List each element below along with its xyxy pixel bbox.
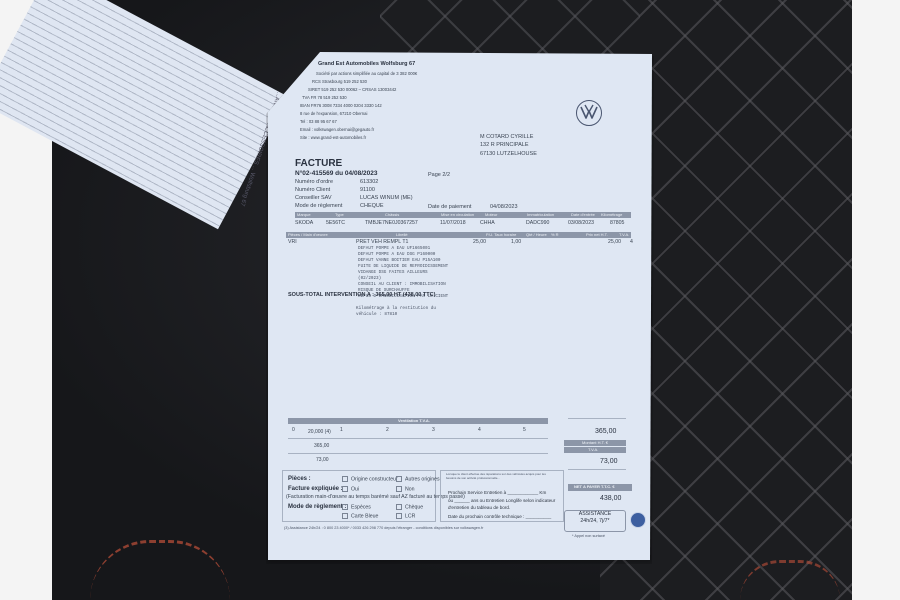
- mileage-note: véhicule : 87810: [356, 312, 397, 317]
- line-vat-code: 4: [630, 239, 633, 245]
- customer-name: M COTARD CYRILLE: [480, 134, 533, 140]
- net-label-bar: NET A PAYER T.T.C. €: [568, 484, 632, 491]
- checkbox[interactable]: [342, 504, 348, 510]
- lines-header: Pièces / Main d'œuvre: [288, 232, 328, 237]
- note-line: DEFAUT POMPE A EAU UF1665001: [358, 246, 430, 251]
- vehicle-header: Châssis: [385, 212, 399, 217]
- facture-option[interactable]: Non: [396, 486, 415, 492]
- vat-amount: 73,00: [316, 457, 329, 463]
- company-line: Tel : 03 88 95 67 67: [300, 119, 337, 124]
- note-line: DEFAUT VANNE BOITIER EAU P15A100: [358, 258, 441, 263]
- company-line: TVA FR 78 519 252 530: [302, 95, 347, 100]
- line-net: 25,00: [608, 239, 621, 245]
- service-line: d'entretien du tableau de bord.: [448, 505, 510, 510]
- vat-col: 5: [523, 427, 526, 433]
- mode-option[interactable]: Espèces: [342, 504, 371, 510]
- vehicle-header: Type: [335, 212, 344, 217]
- total-ht-label: Montant H.T. €: [582, 440, 608, 445]
- service-line: Prochain Service Entretien à ___________…: [448, 490, 546, 495]
- meta-value: 91100: [360, 187, 375, 193]
- facture-option[interactable]: Oui: [342, 486, 359, 492]
- divider: [288, 453, 548, 454]
- net-label: NET A PAYER T.T.C. €: [574, 484, 615, 489]
- meta-value: CHEQUE: [360, 203, 384, 209]
- checkbox[interactable]: [342, 513, 348, 519]
- vat-col: 4: [478, 427, 481, 433]
- vat-header: Ventilation T.V.A.: [288, 418, 548, 424]
- checkbox[interactable]: [396, 513, 402, 519]
- company-line: Email : volkswagen.obernai@gegauto.fr: [300, 127, 374, 132]
- mode-label: Mode de règlement :: [288, 504, 346, 510]
- mode-option[interactable]: LCR: [396, 513, 415, 519]
- vehicle-registration-date: 11/07/2018: [440, 220, 466, 226]
- divider: [288, 438, 548, 439]
- meta-value: 613302: [360, 179, 378, 185]
- facture-label: Facture expliquée :: [288, 486, 343, 492]
- note-line: CONSEIL AU CLIENT : IMMOBILISATION: [358, 282, 446, 287]
- checkbox[interactable]: [396, 476, 402, 482]
- line-unit-price: 25,00: [473, 239, 486, 245]
- vehicle-table-header: Marque Type Châssis Mise en circulation …: [295, 212, 631, 218]
- meta-value: LUCAS WINUM (ME): [360, 195, 413, 201]
- lines-table-header: Pièces / Main d'œuvre Libellé P.U. Taux …: [286, 232, 631, 238]
- customer-street: 132 R PRINCIPALE: [480, 142, 529, 148]
- footer-text: (3) Assistance 24h/24 : 0 800 23 4000* /…: [284, 526, 483, 530]
- vehicle-type: 5E56TC: [326, 220, 345, 226]
- vehicle-plate: DADC990: [526, 220, 549, 226]
- mode-option[interactable]: Carte Bleue: [342, 513, 378, 519]
- line-code: VRI: [288, 239, 297, 245]
- facture-option-label: Oui: [351, 486, 359, 492]
- mode-option[interactable]: Chèque: [396, 504, 423, 510]
- net-total-value: 438,00: [600, 495, 621, 502]
- assistance-title: ASSISTANCE: [565, 511, 625, 518]
- pieces-option-label: Autres origines: [405, 476, 440, 482]
- right-edge-highlight: [852, 0, 900, 600]
- mode-option-label: Carte Bleue: [351, 513, 378, 519]
- company-line: IBAN FR76 3008 7334 4000 0204 3330 142: [300, 103, 382, 108]
- service-line: ou ______ ans ou Entretien Longlife selo…: [448, 498, 555, 503]
- mode-option-label: LCR: [405, 513, 415, 519]
- vehicle-header: Marque: [297, 212, 311, 217]
- lines-header: T.V.A.: [619, 232, 629, 237]
- invoice-title: FACTURE: [295, 158, 342, 169]
- vehicle-header: Mise en circulation: [441, 212, 474, 217]
- facture-note: (Facturation main-d'œuvre au temps barém…: [286, 494, 465, 500]
- vat-total-value: 73,00: [600, 458, 618, 465]
- pieces-option[interactable]: Origine constructeur: [342, 476, 398, 482]
- lines-header: Prix net H.T.: [586, 232, 608, 237]
- customer-city: 67130 LUTZELHOUSE: [480, 151, 537, 157]
- payment-date-label: Date de paiement: [428, 204, 471, 210]
- vat-col: 3: [432, 427, 435, 433]
- assistance-note: * Appel non surtaxé: [572, 534, 605, 538]
- subtotal: SOUS-TOTAL INTERVENTION A : 365,00 HT (4…: [288, 292, 435, 298]
- note-line: FUITE DE LIQUIDE DE REFROIDISSEMENT: [358, 264, 448, 269]
- company-line: Site : www.grand-est-automobiles.fr: [300, 135, 366, 140]
- divider: [568, 418, 626, 419]
- pieces-option-label: Origine constructeur: [351, 476, 398, 482]
- pieces-option[interactable]: Autres origines: [396, 476, 440, 482]
- total-ht-value: 365,00: [595, 428, 616, 435]
- vehicle-header: Kilométrage: [601, 212, 622, 217]
- checkbox[interactable]: [342, 476, 348, 482]
- meta-label: Mode de règlement: [295, 203, 342, 209]
- vat-col: 1: [340, 427, 343, 433]
- meta-label: Numéro Client: [295, 187, 330, 193]
- mileage-note: Kilométrage à la restitution du: [356, 306, 436, 311]
- vat-rate: 20,000 (4): [308, 429, 331, 435]
- checkbox[interactable]: [396, 486, 402, 492]
- checkbox[interactable]: [396, 504, 402, 510]
- vehicle-make: SKODA: [295, 220, 313, 226]
- company-line: RCS Strasbourg 519 252 530: [312, 79, 367, 84]
- vat-col: 2: [386, 427, 389, 433]
- company-line: Société par actions simplifiée au capita…: [316, 71, 417, 76]
- vat-label: T.V.A.: [588, 447, 598, 452]
- checkbox[interactable]: [342, 486, 348, 492]
- vehicle-engine: CHHA: [480, 220, 495, 226]
- lines-header: P.U. Taux horaire: [486, 232, 516, 237]
- vehicle-header: Moteur: [485, 212, 497, 217]
- vehicle-mileage: 87805: [610, 220, 624, 226]
- service-line: Date du prochain contrôle technique : __…: [448, 514, 551, 519]
- note-line: DEFAUT POMPE A EAU DSG P160000: [358, 252, 435, 257]
- total-ht-label-bar: Montant H.T. €: [564, 440, 626, 446]
- mode-option-label: Chèque: [405, 504, 423, 510]
- note-line: (02/2023): [358, 276, 381, 281]
- vehicle-chassis: TMBJE7NE0J0367257: [365, 220, 418, 226]
- company-line: 8 rue de l'expansion, 67210 Obernai: [300, 111, 367, 116]
- vat-title: Ventilation T.V.A.: [398, 418, 430, 423]
- vehicle-entry-date: 03/08/2023: [568, 220, 594, 226]
- vehicle-header: Date d'entrée: [571, 212, 595, 217]
- pieces-label: Pièces :: [288, 476, 311, 482]
- divider: [568, 469, 626, 470]
- mode-option-label: Espèces: [351, 504, 371, 510]
- meta-label: Conseiller SAV: [295, 195, 332, 201]
- legal-text: Lorsque le client effectue des réparatio…: [446, 472, 556, 480]
- invoice-number: N°02-415569 du 04/08/2023: [295, 170, 377, 177]
- note-line: VIDANGE DSG FAITES AILLEURS: [358, 270, 428, 275]
- vehicle-header: Immatriculation: [527, 212, 554, 217]
- company-line: SIRET 519 252 530 00062 – CRSAS 13003442: [308, 87, 396, 92]
- volkswagen-logo-icon: [576, 100, 602, 126]
- assistance-badge: ASSISTANCE 24h/24, 7j/7*: [564, 510, 626, 532]
- company-name: Grand Est Automobiles Wolfsburg 67: [318, 61, 415, 67]
- line-qty: 1,00: [511, 239, 521, 245]
- payment-date: 04/08/2023: [490, 204, 518, 210]
- lines-header: Qté / Heure: [526, 232, 547, 237]
- assistance-hours: 24h/24, 7j/7*: [565, 518, 625, 525]
- page-indicator: Page 2/2: [428, 172, 450, 178]
- vat-col: 0: [292, 427, 295, 433]
- lines-header: % R: [551, 232, 559, 237]
- facture-option-label: Non: [405, 486, 415, 492]
- invoice-document: Grand Est Automobiles Wolfsburg 67 Socié…: [268, 52, 652, 562]
- line-label: PRET VEH REMPL T1: [356, 239, 408, 245]
- vat-label-bar: T.V.A.: [564, 447, 626, 453]
- vat-base: 365,00: [314, 443, 329, 449]
- meta-label: Numéro d'ordre: [295, 179, 333, 185]
- lines-header: Libellé: [396, 232, 408, 237]
- tuv-seal-icon: [630, 512, 646, 528]
